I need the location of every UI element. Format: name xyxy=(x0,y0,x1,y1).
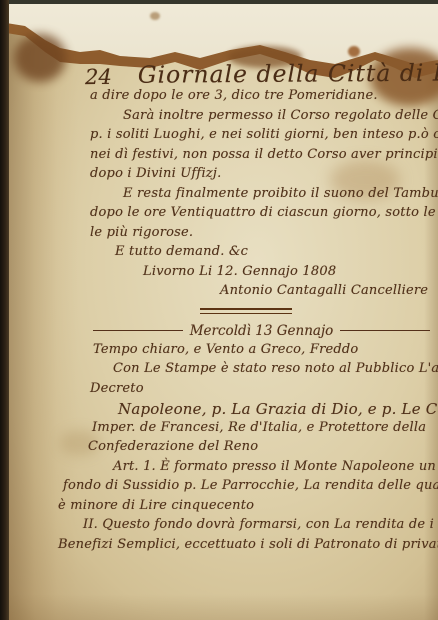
handwritten-content: 24 Giornale della Città di Livorno a dir… xyxy=(55,46,430,556)
entry-line: dopo i Divini Uffizj. xyxy=(90,166,430,186)
entry-date-heading: Mercoldì 13 Gennajo xyxy=(190,323,334,339)
decree-title-line: Napoleone, p. La Grazia di Dio, e p. Le … xyxy=(118,400,430,420)
entry-line: a dire dopo le ore 3, dico tre Pomeridia… xyxy=(90,88,430,108)
decree-article-line: Benefizi Semplici, eccettuato i soli di … xyxy=(58,537,430,557)
decree-article-line: fondo di Sussidio p. Le Parrocchie, La r… xyxy=(63,478,430,498)
photo-background-top xyxy=(0,0,438,4)
entry-line: dopo le ore Ventiquattro di ciascun gior… xyxy=(90,205,430,225)
signature-line: Antonio Cantagalli Cancelliere xyxy=(220,283,430,303)
entry-line: Decreto xyxy=(90,381,430,401)
decree-article-line: II. Questo fondo dovrà formarsi, con La … xyxy=(83,517,430,537)
rule-line-right xyxy=(340,330,430,331)
weather-line: Tempo chiaro, e Vento a Greco, Freddo xyxy=(93,342,430,362)
decree-article-line: Art. 1. È formato presso il Monte Napole… xyxy=(113,459,430,479)
manuscript-photo: 24 Giornale della Città di Livorno a dir… xyxy=(0,0,438,620)
entry-line: p. i soliti Luoghi, e nei soliti giorni,… xyxy=(90,127,430,147)
entry-line: Con Le Stampe è stato reso noto al Pubbl… xyxy=(113,361,430,381)
binding-edge xyxy=(0,0,9,620)
entry-line: Sarà inoltre permesso il Corso regolato … xyxy=(123,108,430,128)
decree-article-line: è minore di Lire cinquecento xyxy=(58,498,430,518)
place-date-line: Livorno Li 12. Gennajo 1808 xyxy=(143,264,430,284)
decree-title-line: Imper. de Francesi, Re d'Italia, e Prote… xyxy=(92,420,430,440)
entry-line: E resta finalmente proibito il suono del… xyxy=(123,186,430,206)
entry-line: nei dì festivi, non possa il detto Corso… xyxy=(90,147,430,167)
entry-line: le più rigorose. xyxy=(90,225,430,245)
title-row: 24 Giornale della Città di Livorno xyxy=(55,45,430,90)
section-divider xyxy=(200,308,292,314)
decree-title-line: Confederazione del Reno xyxy=(88,439,430,459)
rule-line-left xyxy=(93,330,183,331)
journal-title: Giornale della Città di Livorno xyxy=(138,58,438,89)
closing-line: E tutto demand. &c xyxy=(115,244,430,264)
entry-date-rule: Mercoldì 13 Gennajo xyxy=(93,323,430,339)
page-number: 24 xyxy=(85,65,112,89)
bottom-shadow xyxy=(0,594,438,620)
faint-stain xyxy=(150,12,160,20)
